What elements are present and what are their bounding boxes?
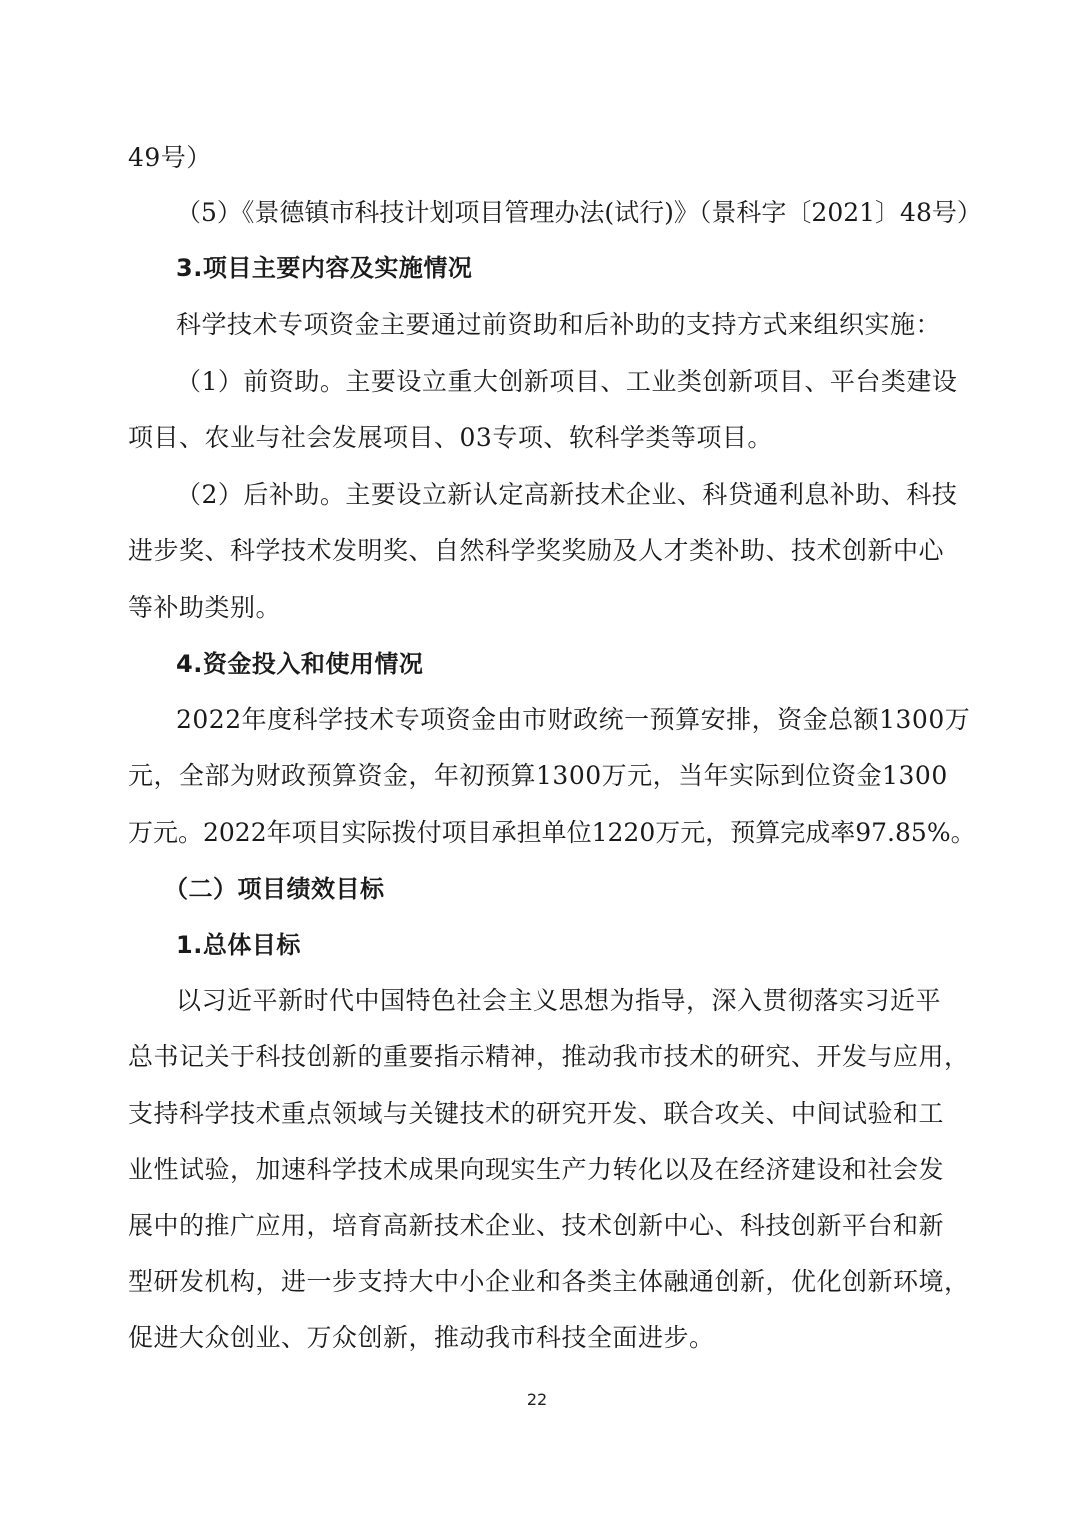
body-text-line: 元，全部为财政预算资金，年初预算1300万元，当年实际到位资金1300 bbox=[128, 760, 948, 792]
body-text-line: （1）前资助。主要设立重大创新项目、工业类创新项目、平台类建设 bbox=[176, 366, 996, 398]
body-text-line: 项目、农业与社会发展项目、03专项、软科学类等项目。 bbox=[128, 422, 948, 454]
body-text-line: 型研发机构，进一步支持大中小企业和各类主体融通创新，优化创新环境， bbox=[128, 1266, 948, 1298]
body-text-line: 49号） bbox=[128, 142, 948, 174]
body-text-line: 万元。2022年项目实际拨付项目承担单位1220万元，预算完成率97.85%。 bbox=[128, 817, 948, 849]
body-text-line: 进步奖、科学技术发明奖、自然科学奖奖励及人才类补助、技术创新中心 bbox=[128, 535, 948, 567]
body-text-line: 等补助类别。 bbox=[128, 592, 948, 624]
page-number: 22 bbox=[0, 1390, 1074, 1409]
body-text-line: 以习近平新时代中国特色社会主义思想为指导，深入贯彻落实习近平 bbox=[176, 985, 996, 1017]
body-text-line: 业性试验，加速科学技术成果向现实生产力转化以及在经济建设和社会发 bbox=[128, 1154, 948, 1186]
section-heading: （二）项目绩效目标 bbox=[164, 873, 984, 905]
body-text-line: 展中的推广应用，培育高新技术企业、技术创新中心、科技创新平台和新 bbox=[128, 1210, 948, 1242]
body-text-line: 促进大众创业、万众创新，推动我市科技全面进步。 bbox=[128, 1322, 948, 1354]
body-text-line: 总书记关于科技创新的重要指示精神，推动我市技术的研究、开发与应用， bbox=[128, 1041, 948, 1073]
body-text-line: （2）后补助。主要设立新认定高新技术企业、科贷通利息补助、科技 bbox=[176, 479, 996, 511]
section-heading: 1.总体目标 bbox=[176, 929, 996, 961]
body-text-line: 科学技术专项资金主要通过前资助和后补助的支持方式来组织实施： bbox=[176, 309, 996, 341]
body-text-line: 支持科学技术重点领域与关键技术的研究开发、联合攻关、中间试验和工 bbox=[128, 1098, 948, 1130]
section-heading: 3.项目主要内容及实施情况 bbox=[176, 252, 996, 284]
section-heading: 4.资金投入和使用情况 bbox=[176, 648, 996, 680]
body-text-line: 2022年度科学技术专项资金由市财政统一预算安排，资金总额1300万 bbox=[176, 704, 996, 736]
body-text-line: （5）《景德镇市科技计划项目管理办法(试行)》（景科字〔2021〕48号） bbox=[176, 197, 996, 229]
